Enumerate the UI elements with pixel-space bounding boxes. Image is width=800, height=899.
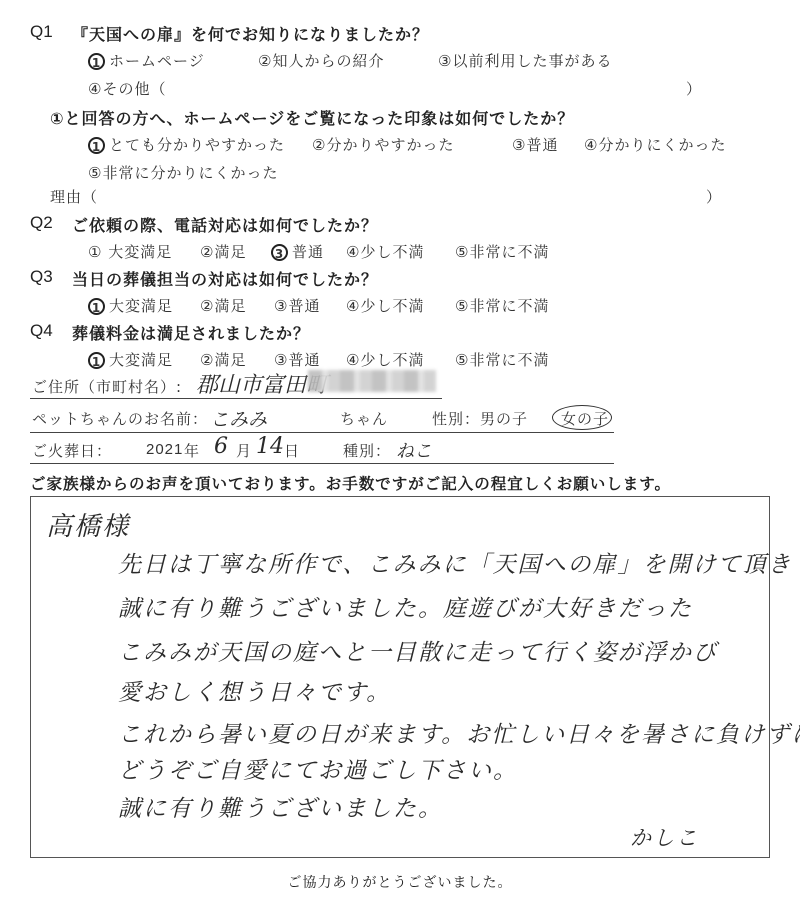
q4-option-3[interactable]: ③普通 (274, 349, 320, 370)
q3-label: Q3 (30, 267, 53, 287)
q1-label: Q1 (30, 22, 53, 42)
q2-option-5[interactable]: ⑤非常に不満 (455, 241, 549, 262)
q1-followup-option-5[interactable]: ⑤非常に分かりにくかった (88, 162, 278, 183)
selected-circle-icon: 1 (88, 53, 105, 70)
year-value: 2021 (146, 441, 183, 458)
pet-name-label: ペットちゃんのお名前： (32, 408, 208, 429)
q3-option-5[interactable]: ⑤非常に不満 (455, 295, 549, 316)
redacted-address (308, 370, 436, 392)
message-intro: ご家族様からのお声を頂いております。お手数ですがご記入の程宜しくお願いします。 (30, 472, 671, 494)
q4-option-1[interactable]: 1大変満足 (88, 349, 173, 370)
q4-option-2[interactable]: ②満足 (200, 349, 246, 370)
species-value[interactable]: ねこ (396, 437, 432, 463)
q3-option-3[interactable]: ③普通 (274, 295, 320, 316)
address-label: ご住所（市町村名）: (32, 376, 182, 397)
gender-label[interactable]: 性別：男の子 (432, 408, 528, 429)
pet-name-value[interactable]: こみみ (210, 405, 267, 432)
footer-thanks: ご協力ありがとうございました。 (0, 872, 800, 892)
q1-option-2[interactable]: ②知人からの紹介 (258, 50, 384, 71)
q4-question: 葬儀料金は満足されましたか？ (72, 321, 310, 344)
q2-option-4[interactable]: ④少し不満 (346, 241, 424, 262)
address-underline (30, 398, 442, 399)
pet-name-underline (30, 432, 614, 433)
message-line-5: これから暑い夏の日が来ます。お忙しい日々を暑さに負けずに (118, 716, 800, 749)
q3-option-2[interactable]: ②満足 (200, 295, 246, 316)
selected-circle-icon: 3 (271, 244, 288, 261)
salutation: 高橋様 (46, 506, 130, 543)
message-line-4: 愛おしく想う日々です。 (118, 674, 391, 707)
q1-followup-option-1[interactable]: 1とても分かりやすかった (88, 134, 285, 155)
month-unit: 月 (236, 440, 252, 461)
q4-label: Q4 (30, 321, 53, 341)
month-value[interactable]: 6 (214, 434, 228, 459)
message-line-3: こみみが天国の庭へと一目散に走って行く姿が浮かび (118, 634, 718, 667)
cremation-date-underline (30, 463, 614, 464)
q3-question: 当日の葬儀担当の対応は如何でしたか？ (72, 267, 378, 290)
q1-option-1[interactable]: 1ホームページ (88, 50, 205, 71)
q1-followup-question: ①と回答の方へ、ホームページをご覧になった印象は如何でしたか？ (50, 106, 574, 129)
year-unit: 年 (184, 440, 200, 461)
q1-followup-option-3[interactable]: ③普通 (512, 134, 558, 155)
q1-followup-option-4[interactable]: ④分かりにくかった (584, 134, 726, 155)
pet-name-suffix: ちゃん (340, 408, 388, 429)
selected-circle-icon: 1 (88, 352, 105, 369)
q3-option-1[interactable]: 1大変満足 (88, 295, 173, 316)
q2-option-2[interactable]: ②満足 (200, 241, 246, 262)
q1-question: 『天国への扉』を何でお知りになりましたか？ (72, 22, 429, 45)
message-line-1: 先日は丁寧な所作で、こみみに「天国への扉」を開けて頂き (118, 546, 793, 579)
q4-option-4[interactable]: ④少し不満 (346, 349, 424, 370)
q2-option-1[interactable]: ① 大変満足 (88, 241, 172, 262)
q2-question: ご依頼の際、電話対応は如何でしたか？ (72, 213, 378, 236)
closing: かしこ (630, 822, 699, 852)
message-line-6: どうぞご自愛にてお過ごし下さい。 (118, 752, 518, 785)
q2-option-3[interactable]: 3普通 (271, 241, 324, 262)
selected-circle-icon: 1 (88, 298, 105, 315)
message-line-7: 誠に有り難うございました。 (118, 790, 443, 823)
q3-option-4[interactable]: ④少し不満 (346, 295, 424, 316)
cremation-date-label: ご火葬日： (32, 440, 112, 461)
day-value[interactable]: 14 (256, 434, 284, 459)
q1-followup-option-2[interactable]: ②分かりやすかった (312, 134, 454, 155)
reason-close: ） (706, 186, 722, 207)
day-unit: 日 (284, 440, 300, 461)
gender-selected[interactable]: 女の子 (561, 408, 609, 429)
q1-option-4-close: ） (686, 78, 702, 99)
q4-option-5[interactable]: ⑤非常に不満 (455, 349, 549, 370)
message-line-2: 誠に有り難うございました。庭遊びが大好きだった (118, 590, 693, 623)
reason-label: 理由（ (50, 186, 98, 207)
q2-label: Q2 (30, 213, 53, 233)
q1-option-3[interactable]: ③以前利用した事がある (438, 50, 612, 71)
q1-option-4[interactable]: ④その他（ (88, 78, 166, 99)
species-label: 種別： (343, 440, 391, 461)
selected-circle-icon: 1 (88, 137, 105, 154)
